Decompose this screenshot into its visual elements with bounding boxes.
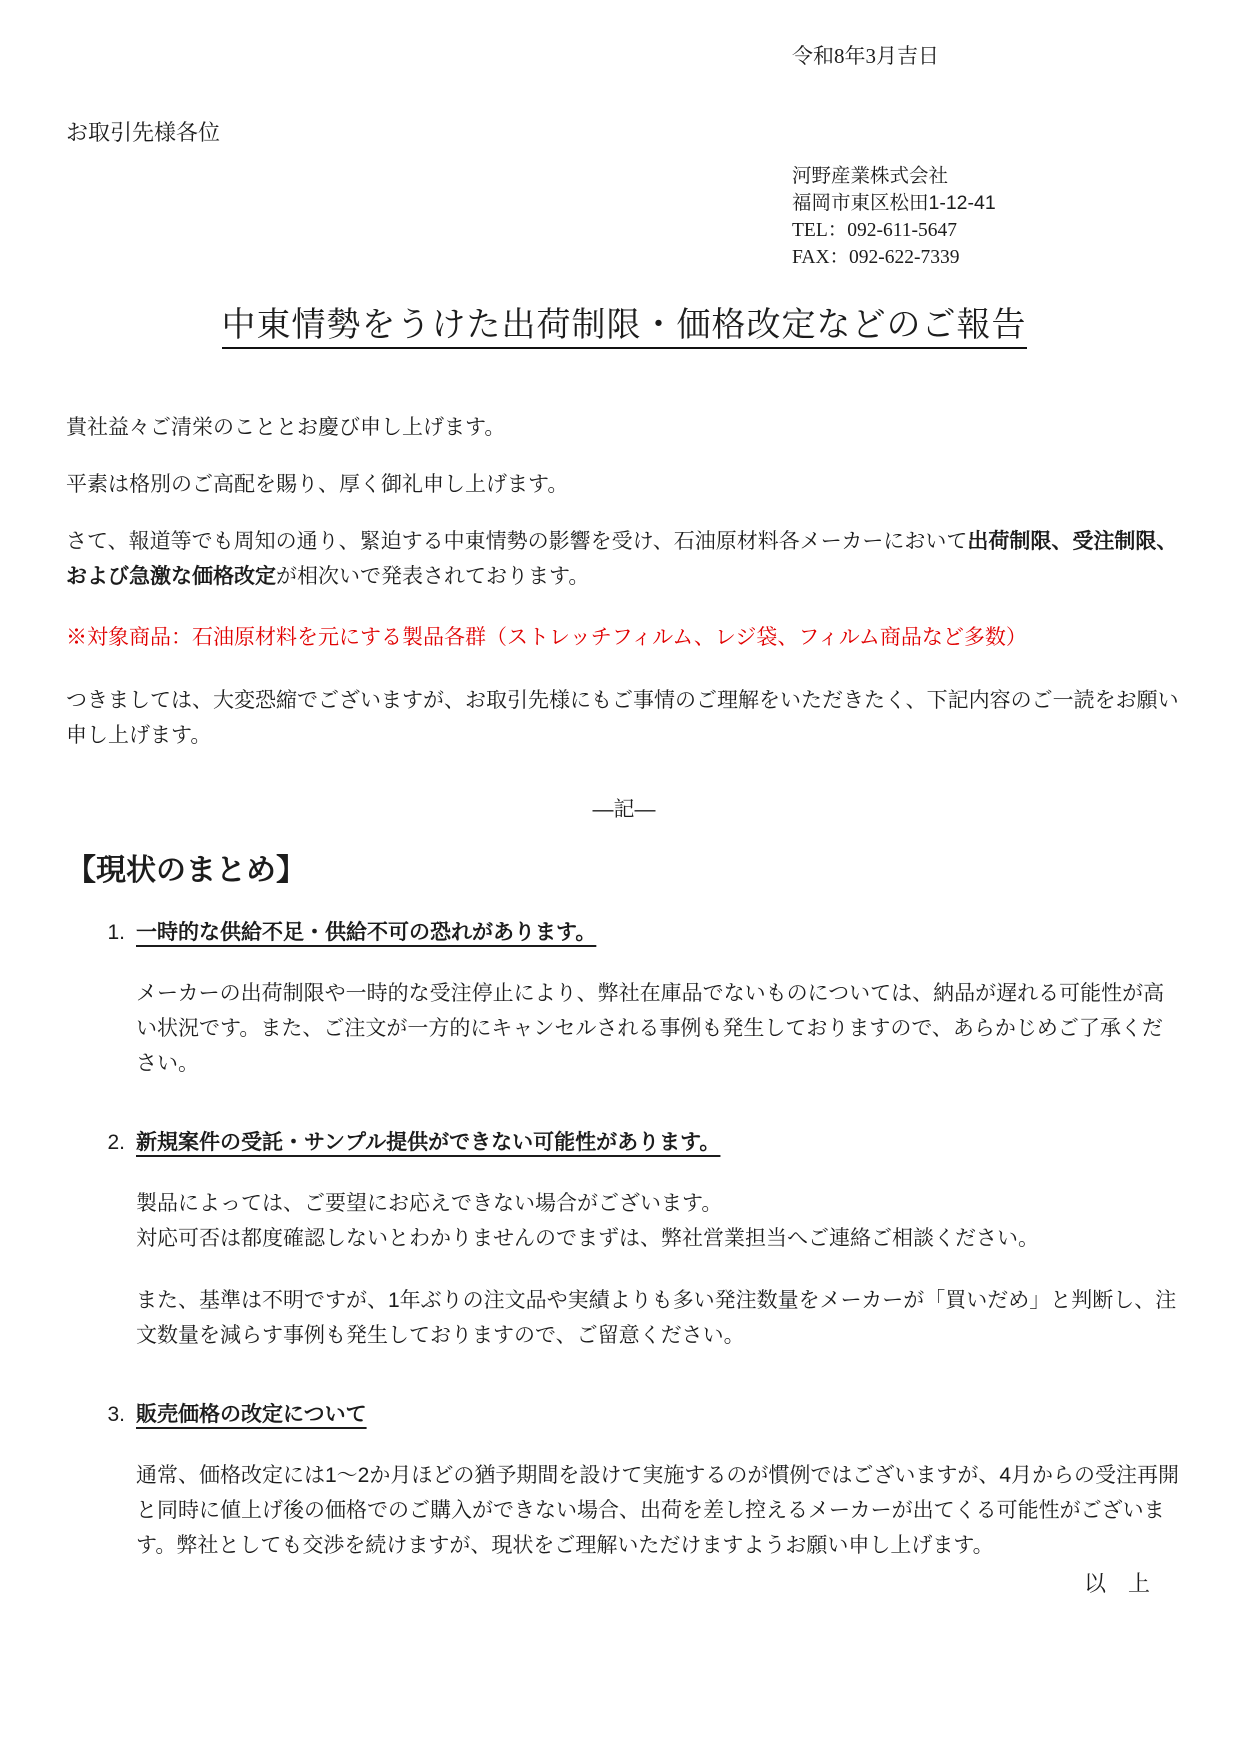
list-item-2-head: 2. 新規案件の受託・サンプル提供ができない可能性があります。 bbox=[101, 1125, 1182, 1160]
list-item-2: 2. 新規案件の受託・サンプル提供ができない可能性があります。 製品によっては、… bbox=[101, 1125, 1182, 1353]
summary-list: 1. 一時的な供給不足・供給不可の恐れがあります。 メーカーの出荷制限や一時的な… bbox=[66, 915, 1182, 1563]
list-item-1-number: 1. bbox=[101, 915, 125, 950]
list-item-3-head: 3. 販売価格の改定について bbox=[101, 1397, 1182, 1432]
sender-tel: TEL：092-611-5647 bbox=[792, 217, 1182, 244]
list-item-3: 3. 販売価格の改定について 通常、価格改定には1～2か月ほどの猶予期間を設けて… bbox=[101, 1397, 1182, 1563]
recipient-line: お取引先様各位 bbox=[66, 116, 1182, 147]
sender-fax: FAX：092-622-7339 bbox=[792, 244, 1182, 271]
list-item-2-paragraph-2: また、基準は不明ですが、1年ぶりの注文品や実績よりも多い発注数量をメーカーが「買… bbox=[136, 1283, 1182, 1353]
document-date: 令和8年3月吉日 bbox=[792, 40, 1182, 70]
list-item-3-heading: 販売価格の改定について bbox=[136, 1397, 367, 1432]
list-item-3-number: 3. bbox=[101, 1397, 125, 1432]
intro-paragraph: さて、報道等でも周知の通り、緊迫する中東情勢の影響を受け、石油原材料各メーカーに… bbox=[66, 524, 1182, 594]
document-title: 中東情勢をうけた出荷制限・価格改定などのご報告 bbox=[66, 297, 1182, 346]
greeting-line-1: 貴社益々ご清栄のこととお慶び申し上げます。 bbox=[66, 410, 1182, 445]
section-title: 【現状のまとめ】 bbox=[66, 845, 1182, 889]
ki-separator: ―記― bbox=[66, 793, 1182, 823]
closing-line: 以 上 bbox=[66, 1567, 1182, 1598]
list-item-2-heading: 新規案件の受託・サンプル提供ができない可能性があります。 bbox=[136, 1125, 720, 1160]
intro-pre: さて、報道等でも周知の通り、緊迫する中東情勢の影響を受け、石油原材料各メーカーに… bbox=[66, 530, 967, 553]
list-item-1-head: 1. 一時的な供給不足・供給不可の恐れがあります。 bbox=[101, 915, 1182, 950]
list-item-1-heading: 一時的な供給不足・供給不可の恐れがあります。 bbox=[136, 915, 596, 950]
business-letter: 令和8年3月吉日 お取引先様各位 河野産業株式会社 福岡市東区松田1-12-41… bbox=[0, 0, 1242, 1598]
sender-block: 河野産業株式会社 福岡市東区松田1-12-41 TEL：092-611-5647… bbox=[792, 163, 1182, 271]
greeting-line-2: 平素は格別のご高配を賜り、厚く御礼申し上げます。 bbox=[66, 467, 1182, 502]
list-item-2-paragraph-1: 製品によっては、ご要望にお応えできない場合がございます。 対応可否は都度確認しな… bbox=[136, 1186, 1182, 1256]
sender-company: 河野産業株式会社 bbox=[792, 163, 1182, 190]
list-item-1-paragraph: メーカーの出荷制限や一時的な受注停止により、弊社在庫品でないものについては、納品… bbox=[136, 976, 1182, 1081]
target-products-note: ※対象商品：石油原材料を元にする製品各群（ストレッチフィルム、レジ袋、フィルム商… bbox=[66, 620, 1182, 655]
intro-post: が相次いで発表されております。 bbox=[276, 565, 589, 588]
sender-address: 福岡市東区松田1-12-41 bbox=[792, 190, 1182, 217]
list-item-2-number: 2. bbox=[101, 1125, 125, 1160]
list-item-3-paragraph: 通常、価格改定には1～2か月ほどの猶予期間を設けて実施するのが慣例ではございます… bbox=[136, 1458, 1182, 1563]
list-item-1: 1. 一時的な供給不足・供給不可の恐れがあります。 メーカーの出荷制限や一時的な… bbox=[101, 915, 1182, 1081]
request-paragraph: つきましては、大変恐縮でございますが、お取引先様にもご事情のご理解をいただきたく… bbox=[66, 683, 1182, 753]
